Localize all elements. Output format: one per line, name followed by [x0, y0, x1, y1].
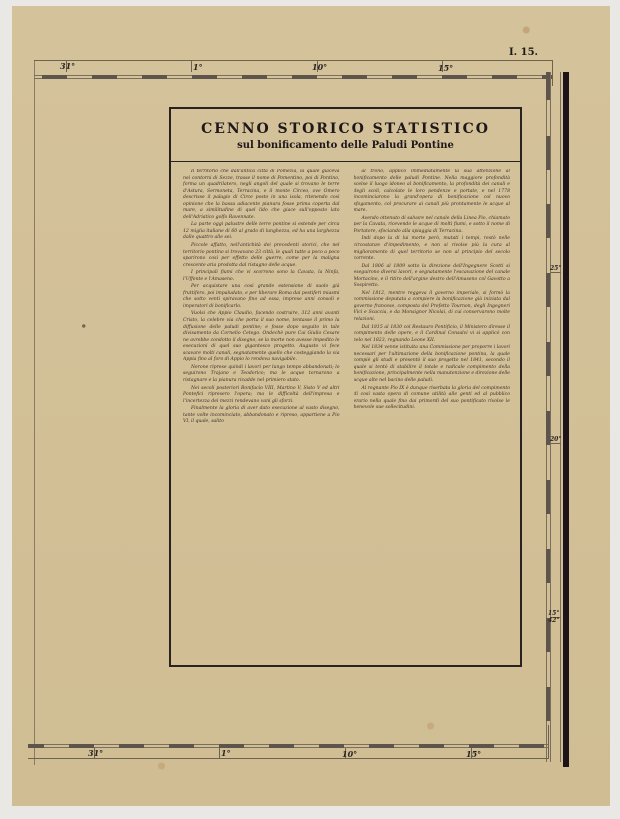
document-title: CENNO STORICO STATISTICO — [171, 109, 520, 137]
scale-segment — [419, 744, 444, 748]
top-graduated-scale — [34, 75, 552, 83]
scale-segment — [546, 204, 550, 238]
paragraph: Nel 1812, mentre reggeva il governo impe… — [354, 291, 511, 324]
scale-segment — [42, 75, 67, 79]
right-tick — [551, 443, 561, 444]
scale-segment — [469, 744, 494, 748]
scale-segment — [546, 136, 550, 170]
scale-segment — [492, 75, 517, 79]
scale-segment — [242, 75, 267, 79]
top-degree-label: 31° — [60, 61, 75, 71]
paragraph: Il territorio che dall'antica città di P… — [183, 169, 340, 221]
paragraph: Indi dopo la di lui morte però, mutati i… — [354, 236, 511, 262]
paragraph: Dal 1806 al 1809 sotto la direzione dell… — [354, 264, 511, 290]
document-subtitle: sul bonificamento delle Paludi Pontine — [171, 140, 520, 151]
right-tick — [551, 272, 561, 273]
paragraph: Nerone riprese quindi i lavori per lungo… — [183, 365, 340, 385]
paragraph: Al regnante Pio IX è dunque riserbata la… — [354, 386, 511, 412]
scale-segment — [342, 75, 367, 79]
top-degree-label: 10° — [312, 62, 327, 72]
top-degree-label: 1° — [193, 62, 203, 72]
top-tick — [552, 60, 553, 86]
paragraph: Dal 1815 al 1830 col Restauro Pontificio… — [354, 325, 511, 345]
paragraph: La parte oggi palustre delle terre ponti… — [183, 222, 340, 242]
top-degree-label: 15° — [438, 63, 453, 73]
paragraph: Finalmente la gloria di aver dato esecuz… — [183, 406, 340, 426]
scale-segment — [519, 744, 544, 748]
right-graduated-scale — [546, 72, 551, 762]
scale-segment — [546, 342, 550, 376]
text-columns: Il territorio che dall'antica città di P… — [183, 169, 510, 655]
scale-segment — [546, 549, 550, 583]
scale-segment — [546, 72, 550, 100]
paragraph: Nel 1834 venne istituita una Commissione… — [354, 345, 511, 384]
paragraph: al trono, applicò immediatamente la sua … — [354, 169, 511, 215]
right-degree-label: 20° — [550, 436, 561, 443]
bottom-tick — [219, 748, 220, 758]
scale-segment — [142, 75, 167, 79]
paragraph: I principali fiumi che vi scorrono sono … — [183, 270, 340, 283]
paragraph: Piccole affatto, nell'antichità dei prec… — [183, 243, 340, 269]
scale-segment — [28, 744, 44, 748]
scale-segment — [119, 744, 144, 748]
scale-segment — [269, 744, 294, 748]
scale-segment — [392, 75, 417, 79]
top-frame-line — [34, 60, 552, 61]
right-degree-label: 15° — [548, 610, 559, 617]
paragraph: Vuolsi che Appio Claudio, facendo costru… — [183, 311, 340, 363]
scale-segment — [369, 744, 394, 748]
left-text-column: Il territorio che dall'antica città di P… — [183, 169, 340, 655]
right-frame-line — [560, 72, 561, 762]
panel-header: CENNO STORICO STATISTICO sul bonificamen… — [171, 109, 520, 162]
bottom-degree-label: 15° — [466, 749, 481, 759]
scale-segment — [169, 744, 194, 748]
scale-segment — [319, 744, 344, 748]
right-degree-label: 25° — [550, 265, 561, 272]
scale-segment — [92, 75, 117, 79]
bottom-tick — [548, 725, 549, 759]
scale-segment — [192, 75, 217, 79]
plate-number: I. 15. — [509, 47, 538, 58]
historical-note-panel: CENNO STORICO STATISTICO sul bonificamen… — [169, 107, 522, 667]
frame-left-line — [34, 60, 35, 765]
scale-segment — [546, 273, 550, 307]
bottom-degree-label: 31° — [88, 748, 103, 758]
right-degree-label: 42° — [548, 617, 559, 624]
bottom-degree-label: 10° — [342, 749, 357, 759]
paragraph: Nei secoli posteriori Bonifacio VIII, Ma… — [183, 386, 340, 406]
paragraph: Per acquistare una così grande estension… — [183, 284, 340, 310]
bottom-degree-label: 1° — [221, 748, 231, 758]
right-text-column: al trono, applicò immediatamente la sua … — [354, 169, 511, 655]
scale-segment — [546, 687, 550, 721]
scale-segment — [546, 480, 550, 514]
scale-segment — [292, 75, 317, 79]
paragraph: Avendo ottenuto di salvare nel canale de… — [354, 216, 511, 236]
scale-segment — [442, 75, 467, 79]
right-border-bar — [563, 72, 569, 767]
top-tick — [191, 60, 192, 72]
